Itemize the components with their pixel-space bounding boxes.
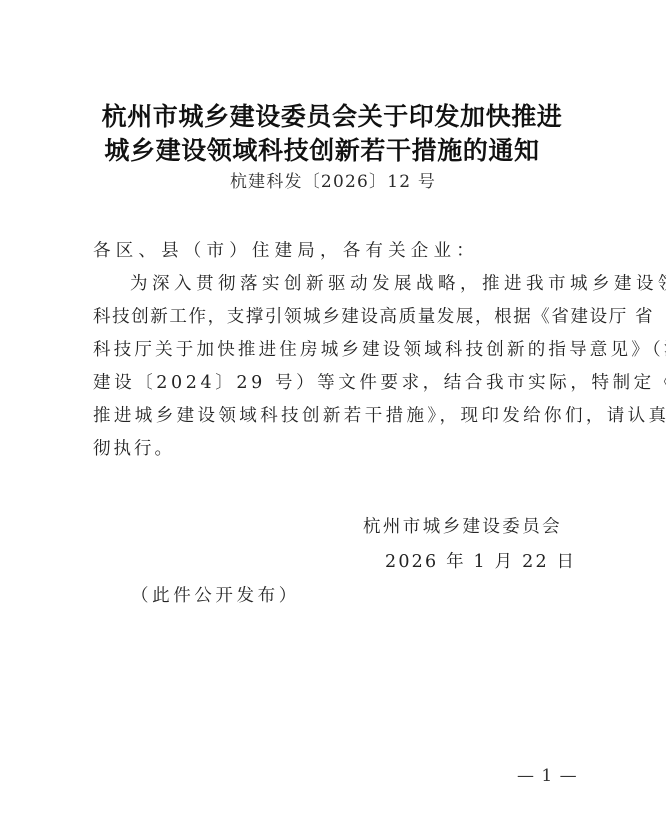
document-title-line-2: 城乡建设领域科技创新若干措施的通知 xyxy=(0,134,655,168)
body-line-5: 推进城乡建设领域科技创新若干措施》，现印发给你们，请认真贯 xyxy=(93,400,595,433)
page-number: — 1 — xyxy=(517,762,578,790)
issuer-signature: 杭州市城乡建设委员会 xyxy=(363,512,562,542)
document-title-line-1: 杭州市城乡建设委员会关于印发加快推进 xyxy=(0,100,665,134)
document-page: 杭州市城乡建设委员会关于印发加快推进 城乡建设领域科技创新若干措施的通知 杭建科… xyxy=(0,0,666,820)
body-line-4: 建设〔2024〕29 号）等文件要求，结合我市实际，特制定《加快 xyxy=(93,367,595,400)
body-line-1: 为深入贯彻落实创新驱动发展战略，推进我市城乡建设领域 xyxy=(130,268,632,301)
issue-date: 2026 年 1 月 22 日 xyxy=(385,547,576,577)
body-line-2: 科技创新工作，支撑引领城乡建设高质量发展，根据《省建设厅 省 xyxy=(93,301,595,334)
body-line-6: 彻执行。 xyxy=(93,433,595,466)
addressee: 各区、县（市）住建局，各有关企业： xyxy=(93,235,595,268)
body-line-3: 科技厅关于加快推进住房城乡建设领域科技创新的指导意见》（浙 xyxy=(93,334,595,367)
document-number: 杭建科发〔2026〕12 号 xyxy=(0,170,666,194)
publication-note: （此件公开发布） xyxy=(131,581,300,611)
